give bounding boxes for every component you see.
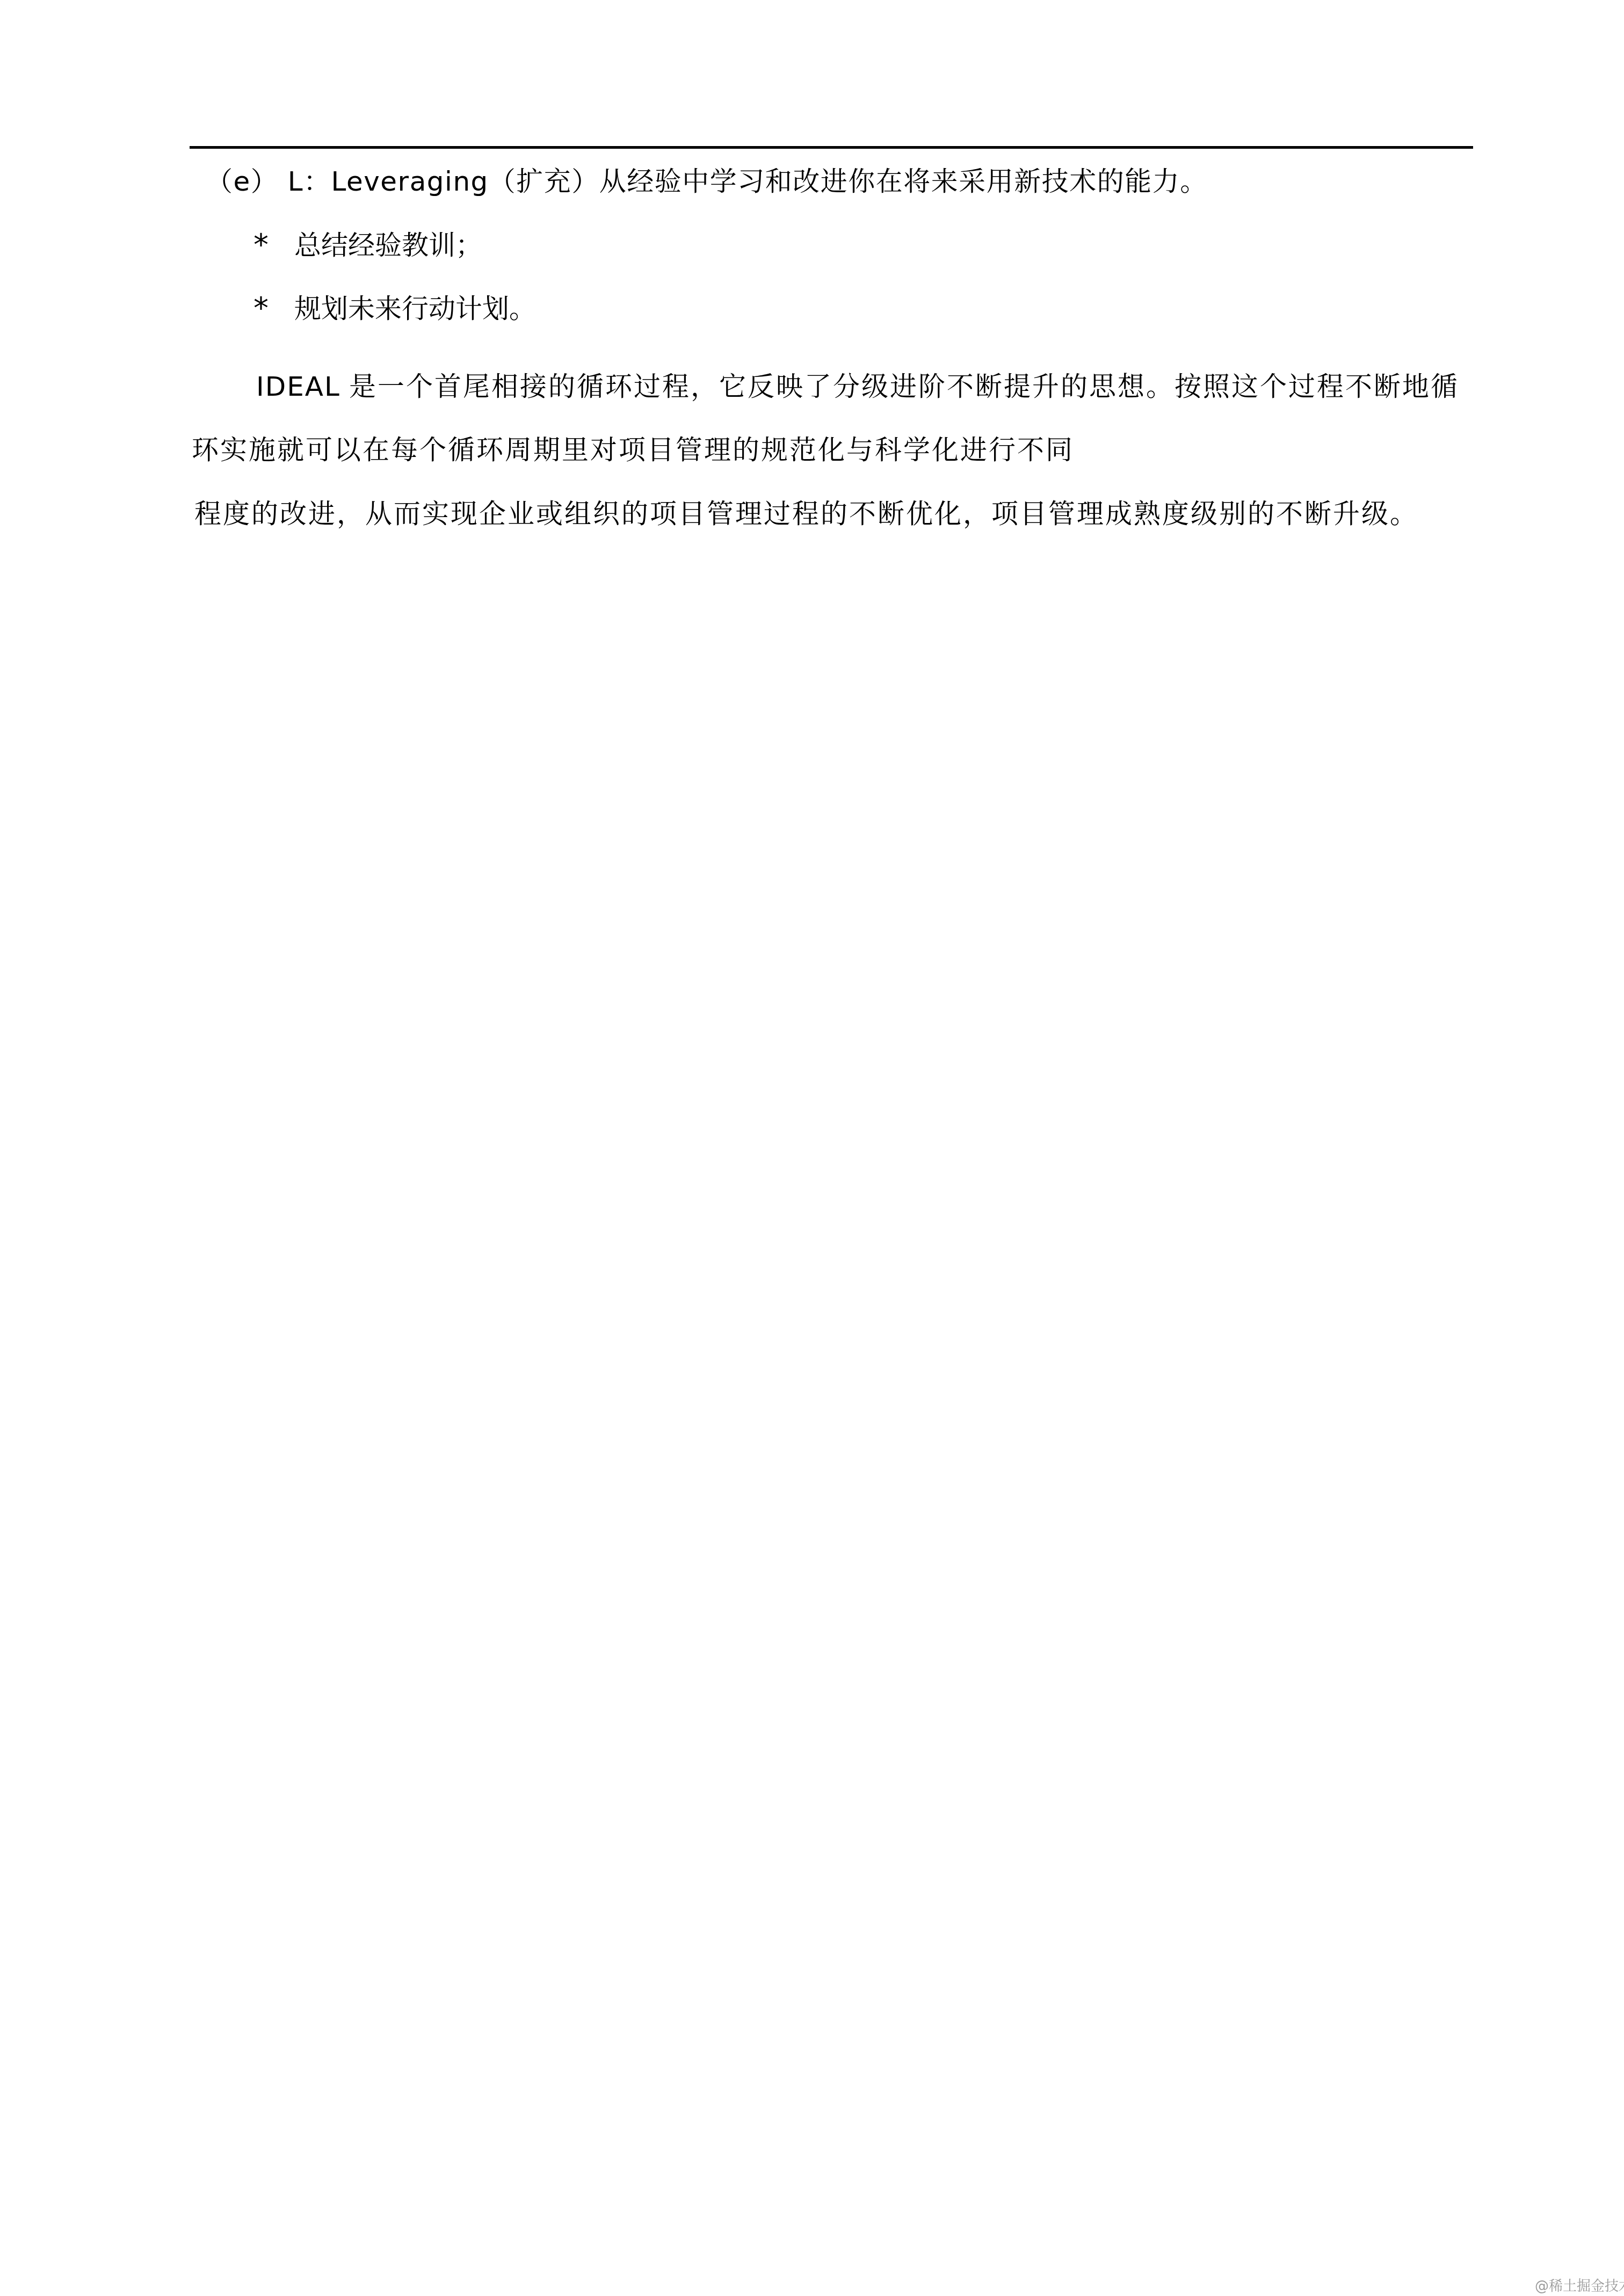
asterisk-bullet-icon: * <box>253 293 294 325</box>
bullet-item-plan-future-actions: * 规划未来行动计划。 <box>253 293 536 325</box>
list-item-e-leveraging: （e） L：Leveraging（扩充）从经验中学习和改进你在将来采用新技术的能… <box>206 165 1208 198</box>
bullet-item-summarize-lessons: * 总结经验教训； <box>253 229 482 261</box>
juejin-watermark: @稀土掘金技术社区 <box>1535 2278 1624 2294</box>
document-page: （e） L：Leveraging（扩充）从经验中学习和改进你在将来采用新技术的能… <box>0 0 1624 2296</box>
ideal-term: IDEAL <box>256 370 340 403</box>
paragraph-line-1: IDEAL是一个首尾相接的循环过程，它反映了分级进阶不断提升的思想。按照这个过程… <box>256 370 1459 403</box>
bullet-text: 规划未来行动计划。 <box>294 293 536 325</box>
paragraph-line-3: 程度的改进，从而实现企业或组织的项目管理过程的不断优化，项目管理成熟度级别的不断… <box>194 498 1418 530</box>
paragraph-line-2: 环实施就可以在每个循环周期里对项目管理的规范化与科学化进行不同 <box>192 434 1074 466</box>
bullet-text: 总结经验教训； <box>294 229 482 261</box>
asterisk-bullet-icon: * <box>253 229 294 261</box>
header-rule-divider <box>190 146 1473 149</box>
paragraph-line-1-text: 是一个首尾相接的循环过程，它反映了分级进阶不断提升的思想。按照这个过程不断地循 <box>349 371 1459 402</box>
